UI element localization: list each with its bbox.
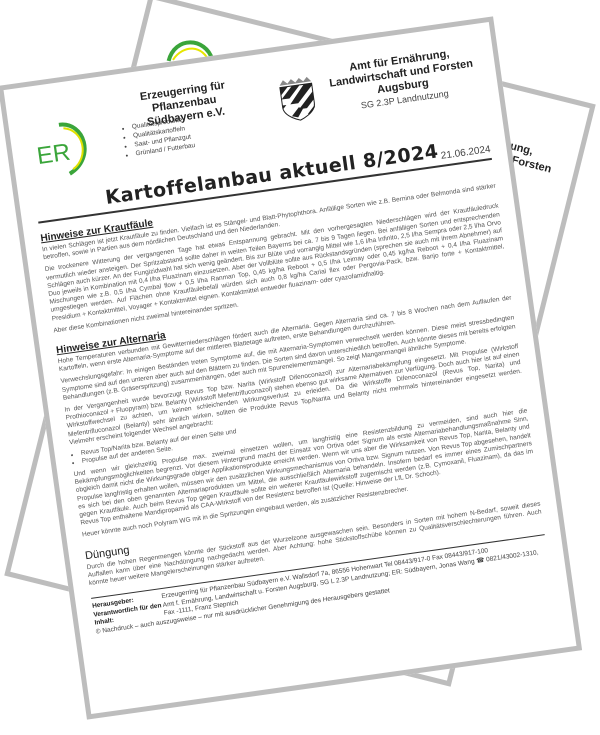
authority-block: Amt für Ernährung, Landwirtschaft und Fo… xyxy=(324,44,480,116)
bavarian-crest-icon xyxy=(277,75,319,124)
svg-text:ER: ER xyxy=(35,139,72,170)
er-logo: ER xyxy=(29,117,96,183)
er-logo-icon: ER xyxy=(29,117,96,183)
front-document-sheet: ER Erzeugerring für Pflanzenbau Südbayer… xyxy=(0,16,582,719)
document-date: 21.06.2024 xyxy=(440,144,491,162)
